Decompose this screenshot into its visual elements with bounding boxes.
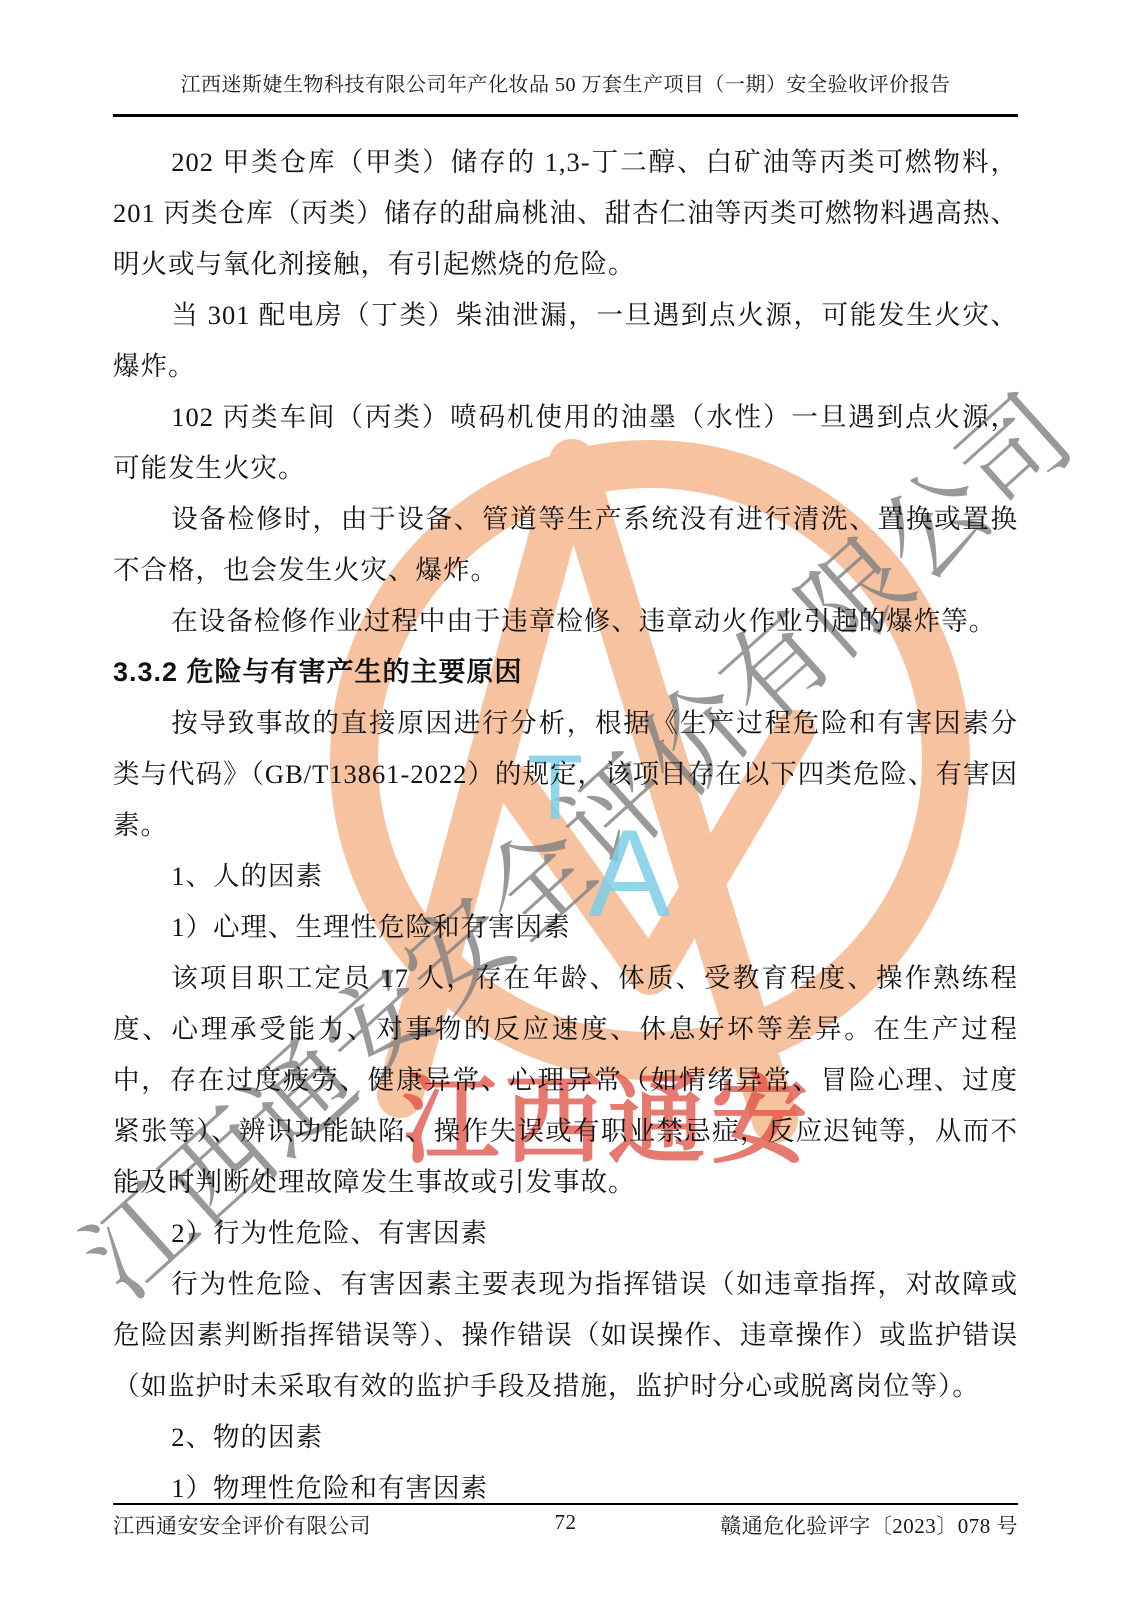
document-content: 江西迷斯婕生物科技有限公司年产化妆品 50 万套生产项目（一期）安全验收评价报告… [0,0,1131,1600]
header-rule [113,114,1018,117]
list-item: 2、物的因素 [113,1412,1018,1463]
paragraph: 该项目职工定员 17 人，存在年龄、体质、受教育程度、操作熟练程度、心理承受能力… [113,953,1018,1208]
paragraph: 按导致事故的直接原因进行分析，根据《生产过程危险和有害因素分类与代码》（GB/T… [113,698,1018,851]
section-heading: 3.3.2 危险与有害产生的主要原因 [113,647,1018,698]
list-item: 2）行为性危险、有害因素 [113,1208,1018,1259]
paragraph: 当 301 配电房（丁类）柴油泄漏，一旦遇到点火源，可能发生火灾、爆炸。 [113,290,1018,392]
list-item: 1、人的因素 [113,851,1018,902]
paragraph: 在设备检修作业过程中由于违章检修、违章动火作业引起的爆炸等。 [113,596,1018,647]
paragraph: 202 甲类仓库（甲类）储存的 1,3-丁二醇、白矿油等丙类可燃物料， 201 … [113,137,1018,290]
footer-document-number: 赣通危化验评字〔2023〕078 号 [720,1510,1018,1540]
paragraph: 102 丙类车间（丙类）喷码机使用的油墨（水性）一旦遇到点火源，可能发生火灾。 [113,392,1018,494]
paragraph: 行为性危险、有害因素主要表现为指挥错误（如违章指挥，对故障或危险因素判断指挥错误… [113,1259,1018,1412]
paragraph: 设备检修时，由于设备、管道等生产系统没有进行清洗、置换或置换不合格，也会发生火灾… [113,494,1018,596]
document-page: 江西通安安全评价有限公司 T A 江西通安 江西迷斯婕生物科技有限公司年产化妆品… [0,0,1131,1600]
footer-company: 江西通安安全评价有限公司 [113,1510,371,1540]
list-item: 1）心理、生理性危险和有害因素 [113,902,1018,953]
page-header-title: 江西迷斯婕生物科技有限公司年产化妆品 50 万套生产项目（一期）安全验收评价报告 [113,68,1018,97]
document-body: 202 甲类仓库（甲类）储存的 1,3-丁二醇、白矿油等丙类可燃物料， 201 … [113,137,1018,1514]
footer-page-number: 72 [555,1510,577,1535]
list-item: 1）物理性危险和有害因素 [113,1463,1018,1514]
footer-rule [113,1503,1018,1505]
